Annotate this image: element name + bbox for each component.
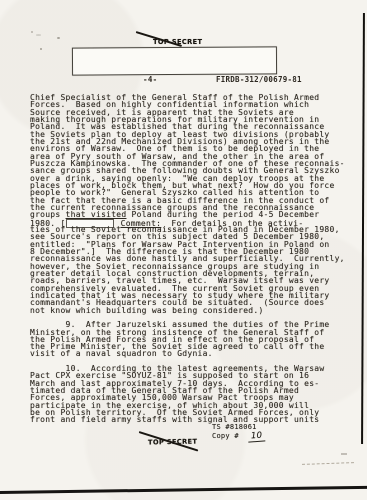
- ts-control-block: TS #818061 Copy #10: [212, 423, 265, 441]
- scan-speck: [341, 453, 347, 455]
- scan-dash-artifact: [302, 462, 354, 465]
- body-line: visit of a naval squadron to Gdynia.: [30, 350, 355, 357]
- scan-speck: [40, 48, 42, 50]
- body-line: not know which building was being consid…: [30, 307, 355, 314]
- scan-speck: [31, 31, 33, 33]
- body-line: front and field army staffs with signal …: [30, 416, 355, 423]
- document-number: FIRDB-312/00679-81: [216, 75, 302, 84]
- scan-speck: [36, 34, 41, 36]
- scanned-document-page: TOP SECRET -4- FIRDB-312/00679-81 Chief …: [0, 0, 367, 500]
- body-line: groups that visited Poland during the pe…: [30, 211, 355, 218]
- handwritten-copy-number: 10: [247, 431, 265, 442]
- scan-speck: [57, 37, 60, 39]
- page-bottom-rule: [0, 486, 367, 494]
- copy-line: Copy #10: [212, 432, 265, 442]
- redaction-box: [72, 46, 277, 75]
- body-text: Chief Specialist of the General Staff of…: [30, 94, 355, 424]
- copy-label: Copy #: [212, 432, 239, 440]
- scan-edge-line: [361, 13, 365, 444]
- page-number: -4-: [143, 75, 157, 84]
